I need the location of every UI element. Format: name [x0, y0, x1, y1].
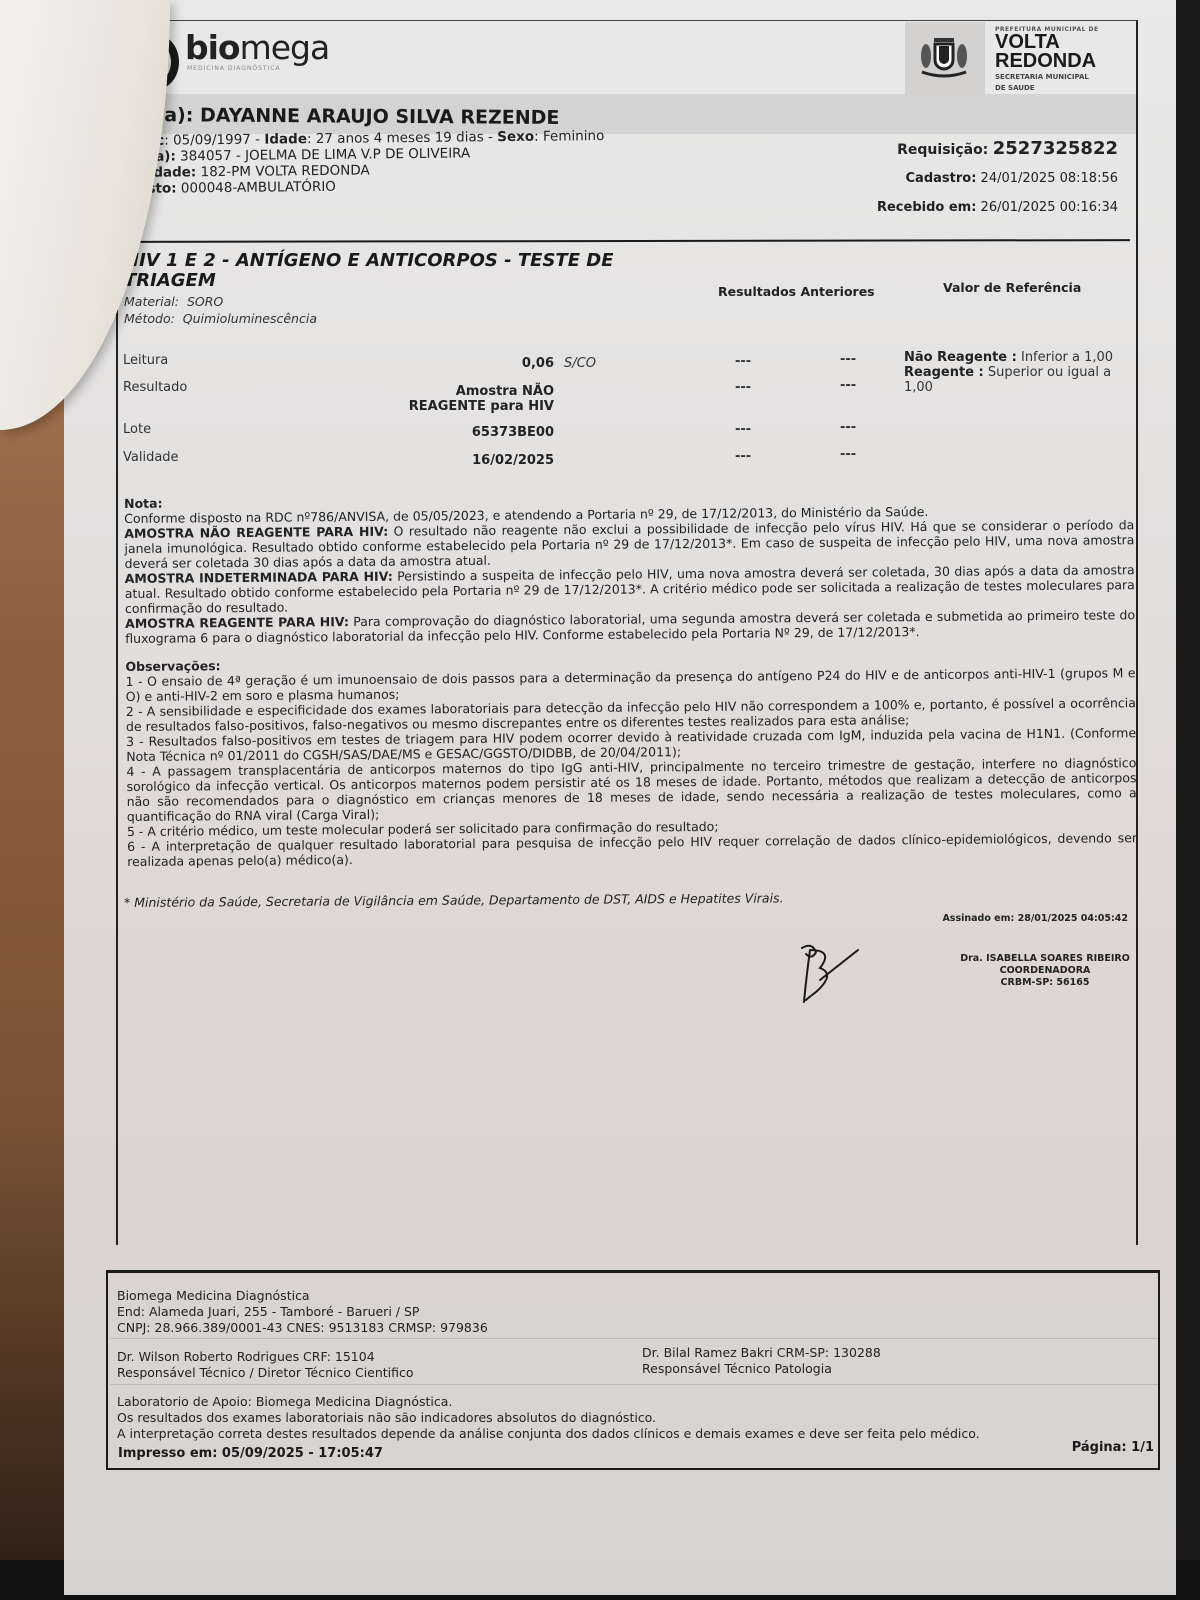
requisition-number: 2527325822 — [993, 138, 1118, 159]
footer-divider — [110, 1384, 1158, 1385]
previous-results-header: Resultados Anteriores — [718, 284, 875, 299]
method-value: Quimioluminescência — [183, 311, 317, 326]
age-label: Idade — [264, 131, 307, 147]
received: Recebido em: 26/01/2025 00:16:34 — [877, 200, 1118, 215]
received-value: 26/01/2025 00:16:34 — [981, 200, 1118, 215]
birth-date: 05/09/1997 — [173, 132, 251, 149]
registration-label: Cadastro: — [906, 171, 977, 186]
sex-value: Feminino — [543, 128, 605, 145]
disclaimer-2: A interpretação correta destes resultado… — [117, 1426, 980, 1442]
exam-material: Material: SORO — [124, 294, 223, 309]
secretariat-line1: SECRETARIA MUNICIPAL — [995, 73, 1099, 82]
biomega-logo: biomega MEDICINA DIAGNÓSTICA — [185, 28, 329, 72]
previous-result-2: --- — [840, 447, 856, 462]
lab-company: Biomega Medicina Diagnóstica — [117, 1288, 488, 1304]
registration-value: 24/01/2025 08:18:56 — [981, 171, 1118, 186]
secretariat-line2: DE SAUDE — [995, 84, 1099, 93]
previous-result-2: --- — [840, 352, 856, 367]
previous-result-1: --- — [735, 422, 751, 437]
registration: Cadastro: 24/01/2025 08:18:56 — [906, 171, 1118, 186]
reference-values: Não Reagente : Inferior a 1,00 Reagente … — [904, 350, 1124, 395]
printed-at: Impresso em: 05/09/2025 - 17:05:47 — [118, 1446, 383, 1461]
tech-responsible-2: Dr. Bilal Ramez Bakri CRM-SP: 130288 Res… — [642, 1345, 881, 1377]
expiry-value: 16/02/2025 — [472, 453, 554, 468]
patient-info: Nasc: 05/09/1997 - Idade: 27 anos 4 mese… — [128, 128, 605, 197]
support-lab: Laboratorio de Apoio: Biomega Medicina D… — [117, 1394, 980, 1410]
tech2-name: Dr. Bilal Ramez Bakri CRM-SP: 130288 — [642, 1345, 881, 1361]
volta-redonda-crest-icon — [918, 32, 970, 82]
row-label-leitura: Leitura — [123, 353, 168, 368]
footer-divider — [110, 1338, 1158, 1339]
tech1-name: Dr. Wilson Roberto Rodrigues CRF: 15104 — [117, 1349, 414, 1365]
previous-result-2: --- — [840, 378, 856, 393]
page-number: Página: 1/1 — [1072, 1440, 1154, 1455]
logo-text-bold: bio — [185, 28, 240, 67]
lab-info: Biomega Medicina Diagnóstica End: Alamed… — [117, 1288, 488, 1336]
signer-block: Dra. ISABELLA SOARES RIBEIRO COORDENADOR… — [945, 953, 1145, 989]
non-reactive-label: Não Reagente : — [904, 350, 1017, 365]
handwritten-signature-icon — [790, 940, 870, 1010]
signed-at: Assinado em: 28/01/2025 04:05:42 — [942, 913, 1128, 924]
tech-responsible-1: Dr. Wilson Roberto Rodrigues CRF: 15104 … — [117, 1349, 414, 1381]
non-reactive-value: Inferior a 1,00 — [1021, 350, 1113, 365]
disclaimer-1: Os resultados dos exames laboratoriais n… — [117, 1410, 980, 1426]
signer-role: COORDENADORA — [945, 965, 1145, 977]
result-value: Amostra NÃO REAGENTE para HIV — [409, 384, 554, 414]
patient-name-value: DAYANNE ARAUJO SILVA REZENDE — [200, 105, 560, 130]
lab-address: End: Alameda Juari, 255 - Tamboré - Baru… — [117, 1304, 488, 1320]
previous-result-1: --- — [735, 449, 751, 464]
reactive-label: Reagente : — [904, 365, 984, 380]
row-label-resultado: Resultado — [123, 380, 187, 395]
reference-header: Valor de Referência — [943, 280, 1081, 295]
unit-value: 182-PM VOLTA REDONDA — [200, 162, 369, 180]
exam-title: HIV 1 E 2 - ANTÍGENO E ANTICORPOS - TEST… — [124, 251, 684, 291]
previous-result-1: --- — [735, 354, 751, 369]
lab-ids: CNPJ: 28.966.389/0001-43 CNES: 9513183 C… — [117, 1320, 488, 1336]
reading-unit: S/CO — [564, 356, 596, 371]
previous-result-1: --- — [735, 380, 751, 395]
age-value: 27 anos 4 meses 19 dias — [316, 129, 484, 147]
exam-method: Método: Quimioluminescência — [124, 311, 317, 326]
material-value: SORO — [187, 294, 223, 309]
doctor-value: 384057 - JOELMA DE LIMA V.P DE OLIVEIRA — [180, 145, 470, 164]
patient-name: Sr.(a): DAYANNE ARAUJO SILVA REZENDE — [128, 104, 560, 129]
observations-title: Observações: — [125, 658, 220, 674]
disclaimers: Laboratorio de Apoio: Biomega Medicina D… — [117, 1394, 980, 1442]
logo-text: mega — [240, 28, 330, 67]
reading-value: 0,06 — [522, 356, 554, 371]
sex-label: Sexo — [497, 129, 534, 145]
municipality-logo: PREFEITURA MUNICIPAL DE VOLTA REDONDA SE… — [995, 26, 1099, 93]
received-label: Recebido em: — [877, 200, 976, 215]
result-line2: REAGENTE para HIV — [409, 399, 554, 414]
municipality-name-line2: REDONDA — [995, 52, 1099, 71]
notes-section: Nota: Conforme disposto na RDC nº786/ANV… — [124, 487, 1137, 869]
signer-registry: CRBM-SP: 56165 — [945, 977, 1145, 989]
observation-item: 4 - A passagem transplacentária de antic… — [126, 755, 1136, 824]
signer-name: Dra. ISABELLA SOARES RIBEIRO — [945, 953, 1145, 965]
post-value: 000048-AMBULATÓRIO — [181, 179, 336, 197]
tech2-role: Responsável Técnico Patologia — [642, 1361, 881, 1377]
method-label: Método: — [124, 311, 175, 326]
requisition: Requisição: 2527325822 — [897, 138, 1118, 159]
tech1-role: Responsável Técnico / Diretor Técnico Ci… — [117, 1365, 414, 1381]
result-line1: Amostra NÃO — [409, 384, 554, 399]
requisition-label: Requisição: — [897, 142, 988, 158]
previous-result-2: --- — [840, 420, 856, 435]
material-label: Material: — [124, 294, 179, 309]
lot-value: 65373BE00 — [472, 425, 554, 440]
row-label-lote: Lote — [123, 422, 151, 437]
notes-title: Nota: — [124, 496, 163, 511]
row-label-validade: Validade — [123, 450, 179, 465]
